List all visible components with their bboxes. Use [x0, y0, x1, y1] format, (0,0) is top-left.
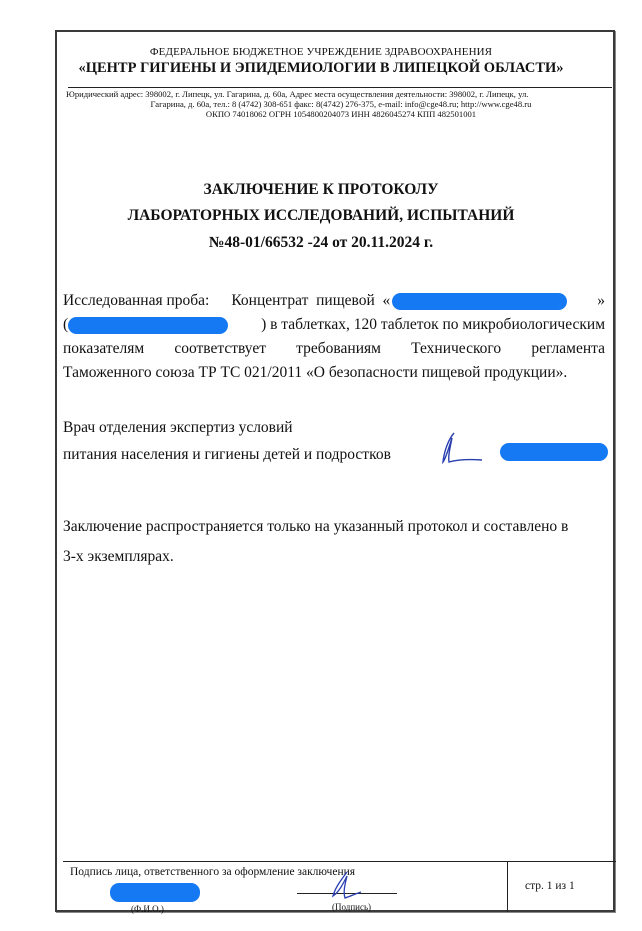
redacted-product-name [392, 293, 567, 310]
redacted-doctor-name [500, 443, 608, 461]
sample-paragraph: Исследованная проба: Концентрат пищевой … [63, 289, 605, 385]
org-name-line2: «ЦЕНТР ГИГИЕНЫ И ЭПИДЕМИОЛОГИИ В ЛИПЕЦКО… [0, 60, 642, 77]
document-title-line2: ЛАБОРАТОРНЫХ ИССЛЕДОВАНИЙ, ИСПЫТАНИЙ [0, 207, 642, 225]
address-line-2: Гагарина, д. 60а, тел.: 8 (4742) 308-651… [66, 99, 616, 109]
page-number: стр. 1 из 1 [525, 880, 575, 892]
redacted-fio [110, 883, 200, 902]
responsible-label: Подпись лица, ответственного за оформлен… [70, 866, 355, 878]
address-line-3: ОКПО 74018062 ОГРН 1054800204073 ИНН 482… [66, 109, 616, 119]
note-line1: Заключение распространяется только на ук… [63, 518, 568, 536]
document-title-line1: ЗАКЛЮЧЕНИЕ К ПРОТОКОЛУ [0, 181, 642, 199]
quote-close: » [597, 289, 605, 313]
responsible-signature-icon [325, 870, 365, 902]
sample-line-2: ( ) в таблетках, 120 таблеток по микроби… [63, 313, 605, 337]
footer-divider [63, 861, 616, 862]
redacted-product-detail [68, 317, 228, 334]
word: Технического [411, 337, 501, 361]
signature-caption: (Подпись) [332, 902, 371, 912]
org-name-line1: ФЕДЕРАЛЬНОЕ БЮДЖЕТНОЕ УЧРЕЖДЕНИЕ ЗДРАВОО… [0, 46, 642, 58]
sample-line-3: показателям соответствует требованиям Те… [63, 337, 605, 361]
word: соответствует [174, 337, 266, 361]
doctor-title-line1: Врач отделения экспертиз условий [63, 419, 293, 437]
sample-line-4: Таможенного союза ТР ТС 021/2011 «О безо… [63, 361, 605, 385]
regulation-reference: Таможенного союза ТР ТС 021/2011 «О безо… [63, 361, 567, 385]
sample-line-2-text: ) в таблетках, 120 таблеток по микробиол… [261, 313, 605, 337]
protocol-number: №48-01/66532 -24 от 20.11.2024 г. [0, 234, 642, 252]
fio-caption: (Ф.И.О.) [131, 904, 164, 914]
doctor-title-line2: питания населения и гигиены детей и подр… [63, 446, 391, 464]
org-address: Юридический адрес: 398002, г. Липецк, ул… [66, 89, 616, 119]
word: требованиям [296, 337, 381, 361]
doctor-signature-icon [434, 430, 494, 466]
sample-product-prefix: Концентрат пищевой « [231, 289, 390, 313]
sample-label: Исследованная проба: [63, 289, 209, 313]
word: регламента [531, 337, 605, 361]
document-border [55, 30, 615, 912]
note-line2: 3-х экземплярах. [63, 548, 174, 566]
sample-line-1: Исследованная проба: Концентрат пищевой … [63, 289, 605, 313]
footer-column-divider [507, 861, 508, 912]
header-divider [68, 87, 612, 88]
word: показателям [63, 337, 144, 361]
address-line-1: Юридический адрес: 398002, г. Липецк, ул… [66, 89, 616, 99]
